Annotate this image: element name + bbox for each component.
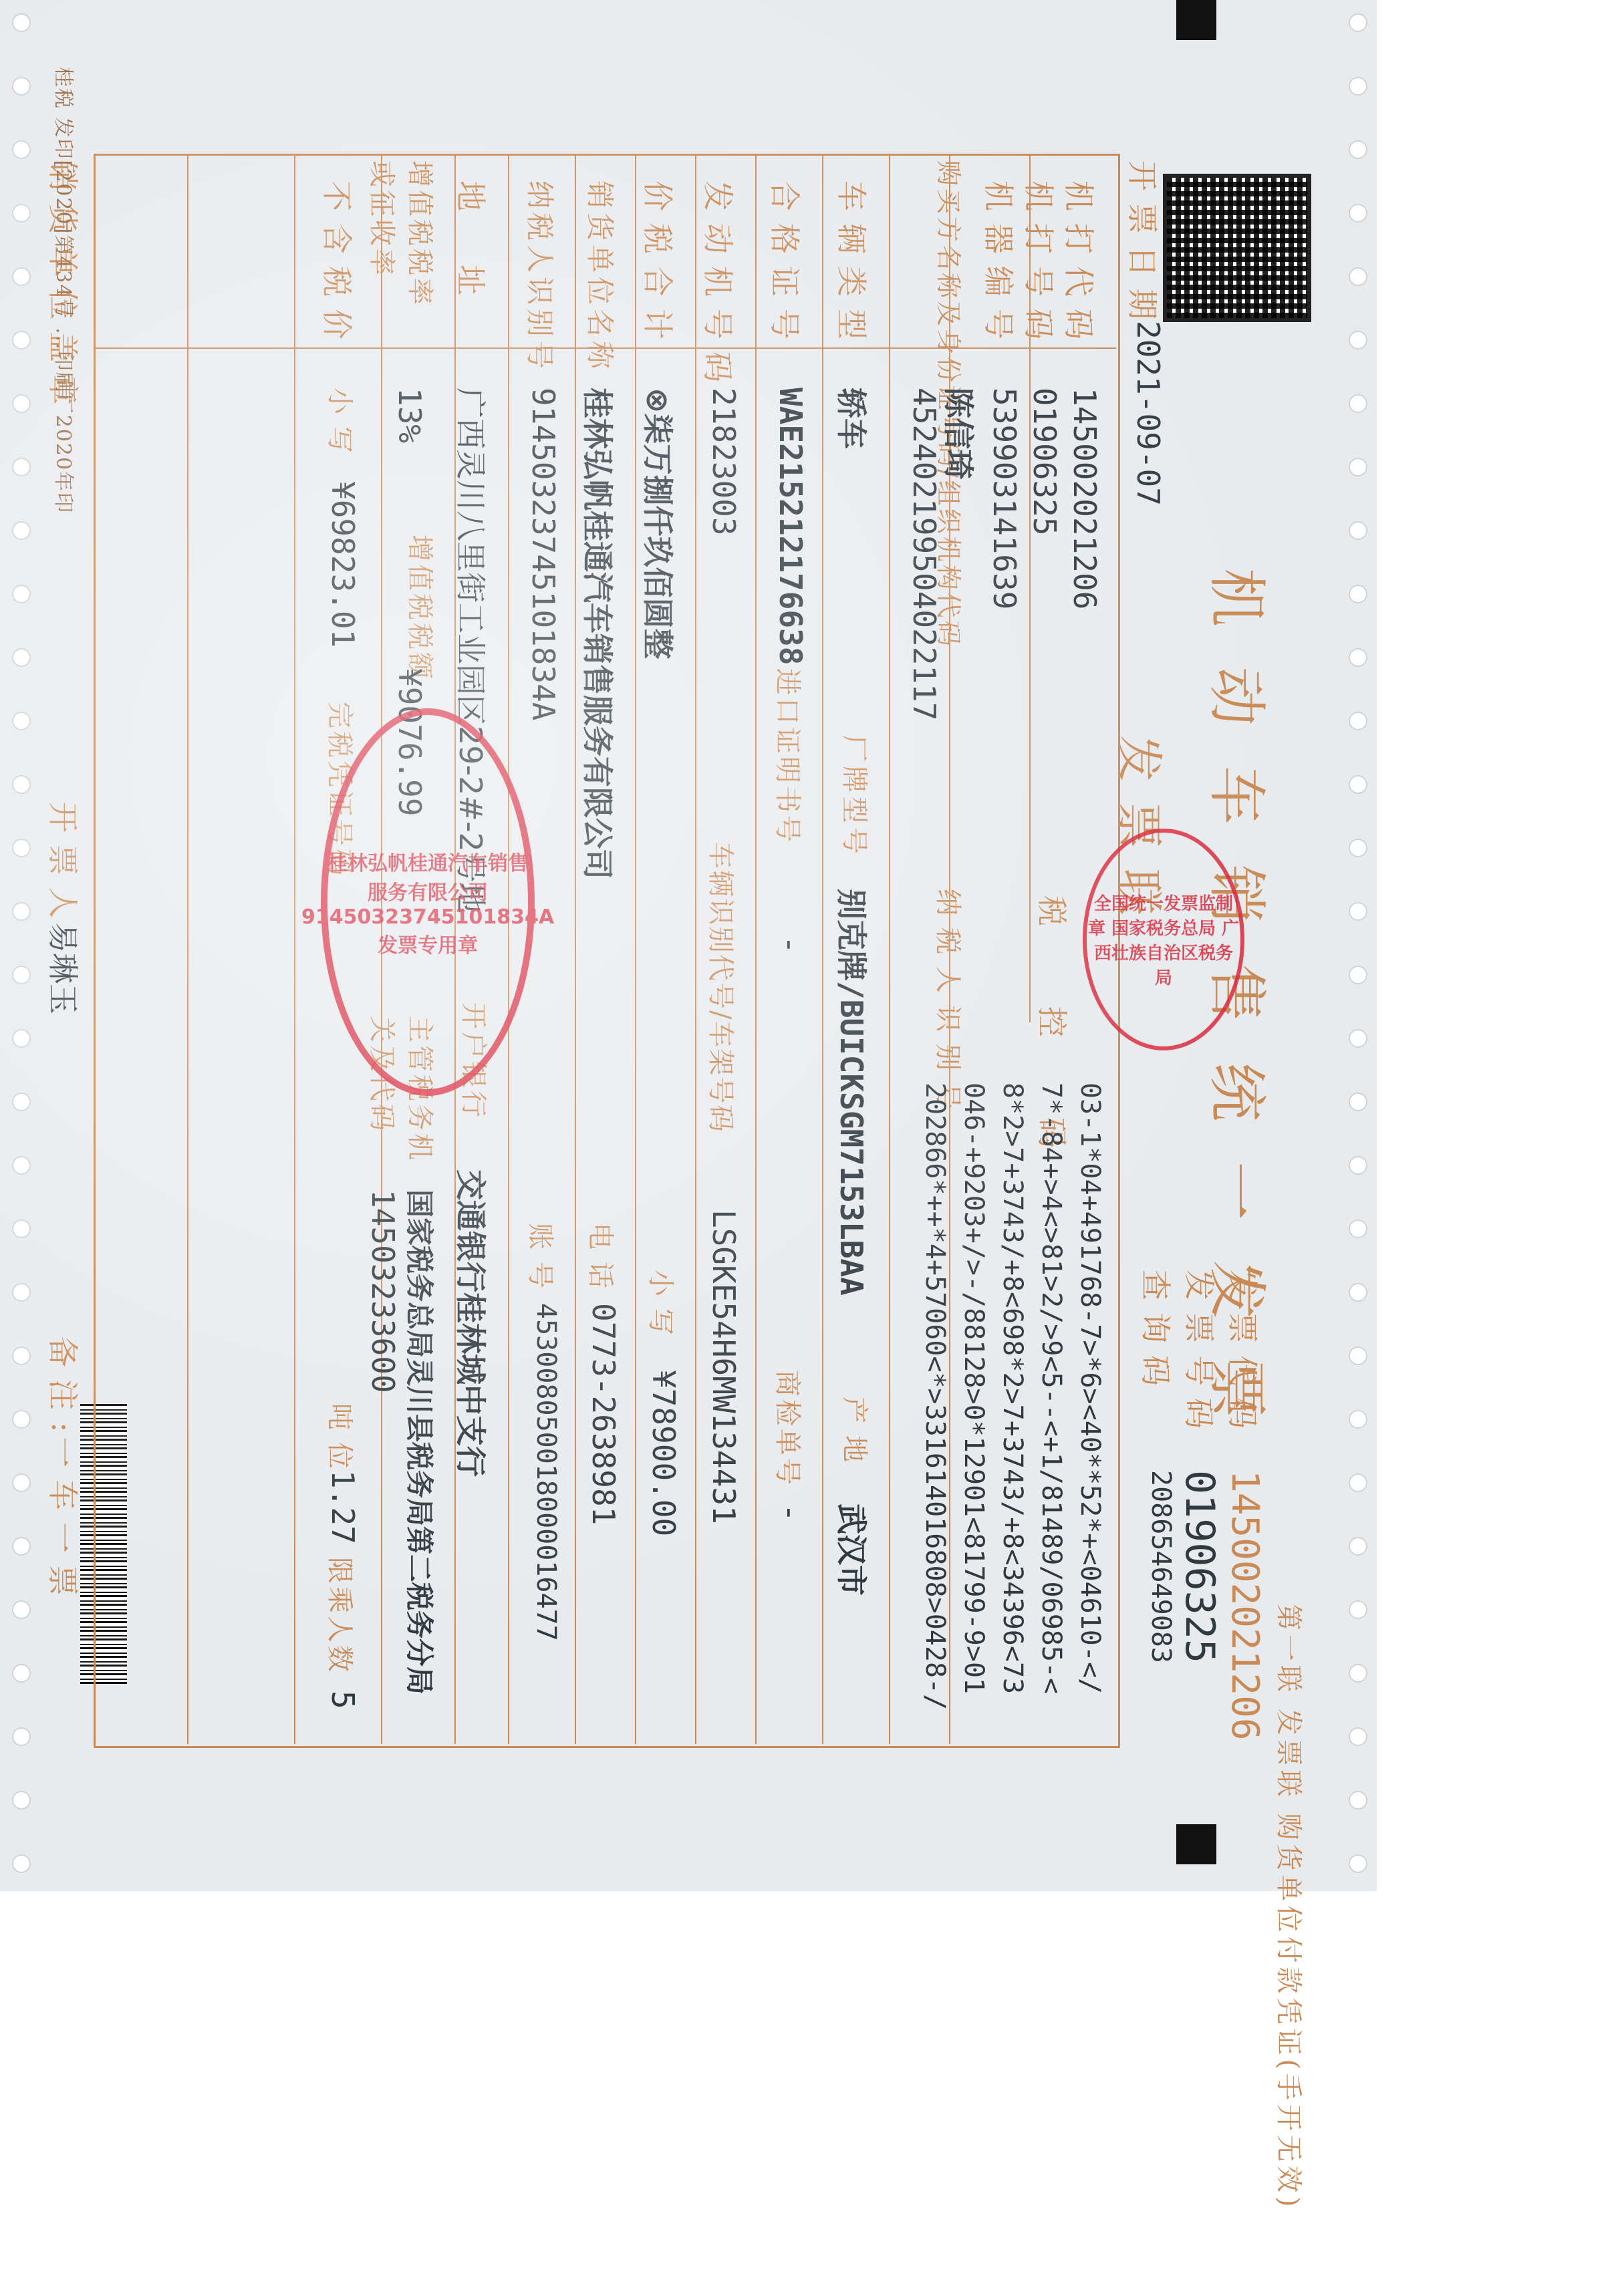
feed-hole bbox=[12, 1600, 31, 1619]
cipher-line: 03-1*04+491768-7>*6><40**52*+<04610-</ bbox=[1071, 1083, 1109, 1710]
seller-label: 销货单位名称 bbox=[581, 180, 622, 373]
feed-hole bbox=[1349, 13, 1367, 32]
feed-hole bbox=[12, 775, 31, 794]
brand-model: 别克牌/BUICKSGM7153LBAA bbox=[831, 889, 876, 1296]
seller-tax-id: 91450323745101834A bbox=[525, 388, 561, 721]
feed-hole bbox=[12, 1346, 31, 1365]
feed-hole bbox=[1349, 648, 1367, 667]
cipher-line: 202866*++*4+57060<*>331614016808>0428-/ bbox=[916, 1083, 954, 1710]
machine-number: 01906325 bbox=[1027, 388, 1063, 536]
vin: LSGKE54H6MW134431 bbox=[706, 1209, 742, 1524]
vin-label: 车辆识别代号/车架号码 bbox=[704, 842, 742, 1133]
inspection-label: 商检单号 bbox=[771, 1370, 809, 1487]
invoice-number-label: 发票号码 bbox=[1179, 1270, 1223, 1441]
feed-hole bbox=[12, 1854, 31, 1873]
total-amount: ¥78900.00 bbox=[646, 1370, 682, 1536]
invoice-paper: 机动车销售统一发票 发票联 发票代码 145002021206 发票号码 019… bbox=[0, 0, 1377, 1891]
seats-label: 限乘人数 bbox=[323, 1557, 361, 1675]
seal-id: 91450323745101834A bbox=[301, 905, 554, 929]
vehicle-type: 轿车 bbox=[831, 388, 876, 449]
feed-hole bbox=[1349, 267, 1367, 286]
query-code-label: 查询码 bbox=[1135, 1270, 1180, 1398]
tonnage-label: 吨位 bbox=[323, 1403, 361, 1481]
cipher-block: 03-1*04+491768-7>*6><40**52*+<04610-</ 7… bbox=[916, 1083, 1109, 1710]
phone-label: 电话 bbox=[583, 1223, 622, 1300]
feed-hole bbox=[12, 521, 31, 540]
feed-hole bbox=[1349, 775, 1367, 794]
feed-hole bbox=[12, 585, 31, 603]
feed-hole bbox=[1349, 521, 1367, 540]
feed-hole bbox=[1349, 204, 1367, 223]
issuer: 易琳玉 bbox=[43, 922, 87, 1014]
feed-hole bbox=[12, 1727, 31, 1746]
origin-label: 产地 bbox=[837, 1397, 876, 1474]
feed-hole bbox=[1349, 1727, 1367, 1746]
feed-hole bbox=[12, 1156, 31, 1175]
feed-hole bbox=[1349, 1410, 1367, 1429]
feed-hole bbox=[12, 1219, 31, 1238]
feed-hole bbox=[12, 902, 31, 921]
total-small-label: 小写 bbox=[644, 1270, 682, 1347]
vat-rate-label: 增值税税率或征收率 bbox=[365, 160, 441, 334]
pretax-amount: ¥69823.01 bbox=[325, 481, 361, 648]
feed-hole bbox=[1349, 1473, 1367, 1492]
feed-holes-top bbox=[0, 0, 40, 1891]
feed-hole bbox=[1349, 712, 1367, 730]
tax-authority-name: 国家税务总局灵川县税务局第二税务分局 bbox=[401, 1189, 441, 1695]
seal-company: 桂林弘帆桂通汽车销售服务有限公司 bbox=[327, 847, 528, 905]
feed-hole bbox=[1349, 1664, 1367, 1683]
feed-hole bbox=[12, 77, 31, 96]
machine-code-label: 机打代码 bbox=[1059, 180, 1103, 351]
engine-label: 发动机号码 bbox=[698, 180, 742, 394]
import-cert: - bbox=[773, 936, 809, 954]
feed-hole bbox=[1349, 585, 1367, 603]
print-note: 桂税 发印[2020]第434号 ...印刷厂2020年印 bbox=[51, 67, 80, 514]
vehicle-type-label: 车辆类型 bbox=[831, 180, 876, 351]
remark: 一车一票 bbox=[43, 1437, 87, 1608]
machine-serial-label: 机器编号 bbox=[978, 180, 1023, 351]
seal-subtitle: 发票专用章 bbox=[378, 929, 478, 958]
vat-rate: 13% bbox=[392, 388, 428, 443]
registration-mark bbox=[1176, 1824, 1216, 1864]
feed-hole bbox=[1349, 1029, 1367, 1048]
machine-number-label: 机打号码 bbox=[1019, 180, 1063, 351]
issue-date: 2021-09-07 bbox=[1130, 321, 1166, 506]
inspection: - bbox=[773, 1503, 809, 1522]
issuer-label: 开票人 bbox=[43, 802, 87, 930]
feed-holes-bottom bbox=[1337, 0, 1377, 1891]
feed-hole bbox=[1349, 966, 1367, 984]
feed-hole bbox=[12, 966, 31, 984]
buyer-name: 陈信琦 bbox=[938, 388, 982, 480]
tonnage: 1.27 bbox=[325, 1470, 361, 1544]
feed-hole bbox=[12, 204, 31, 223]
feed-hole bbox=[12, 1473, 31, 1492]
qr-code bbox=[1163, 174, 1311, 322]
feed-hole bbox=[1349, 1537, 1367, 1556]
feed-hole bbox=[12, 839, 31, 857]
feed-hole bbox=[1349, 140, 1367, 159]
seller-invoice-seal: 桂林弘帆桂通汽车销售服务有限公司 91450323745101834A 发票专用… bbox=[321, 708, 535, 1096]
import-cert-label: 进口证明书号 bbox=[771, 668, 809, 845]
origin: 武汉市 bbox=[831, 1503, 876, 1596]
feed-hole bbox=[12, 1093, 31, 1111]
feed-hole bbox=[1349, 839, 1367, 857]
feed-hole bbox=[1349, 1156, 1367, 1175]
bank: 交通银行桂林城中支行 bbox=[450, 1169, 495, 1477]
feed-hole bbox=[12, 1283, 31, 1302]
invoice-code-label: 发票代码 bbox=[1222, 1270, 1266, 1441]
vat-amount-label: 增值税税额 bbox=[403, 535, 441, 682]
query-code: 20865464908​3 bbox=[1146, 1470, 1176, 1663]
feed-hole bbox=[1349, 331, 1367, 349]
total-uppercase: ⊗柒万捌仟玖佰圆整 bbox=[638, 388, 682, 660]
certificate: WAE215212176638 bbox=[773, 388, 809, 665]
seller-tax-id-label: 纳税人识别号 bbox=[521, 180, 561, 373]
feed-hole bbox=[1349, 902, 1367, 921]
feed-hole bbox=[1349, 1093, 1367, 1111]
issue-date-label: 开票日期 bbox=[1122, 160, 1166, 331]
tax-authority-code: 14503233600 bbox=[365, 1189, 401, 1393]
side-note: 第一联 发票联 购货单位付款凭证(手开无效) bbox=[1272, 1604, 1310, 2211]
invoice-number: 01906325 bbox=[1176, 1470, 1223, 1663]
invoice-code: 145002021206 bbox=[1223, 1470, 1266, 1741]
feed-hole bbox=[12, 712, 31, 730]
phone: 0773-2638981 bbox=[585, 1303, 622, 1525]
feed-hole bbox=[12, 267, 31, 286]
feed-hole bbox=[1349, 1791, 1367, 1810]
pretax-label: 不含税价 bbox=[317, 180, 361, 351]
account-number: 453008050018000016477 bbox=[531, 1303, 561, 1641]
feed-hole bbox=[1349, 394, 1367, 413]
cipher-line: 7*-84+>4<>81>2/>9<5--<+1/81489/06985-< bbox=[1032, 1083, 1071, 1710]
feed-hole bbox=[1349, 1283, 1367, 1302]
brand-model-label: 厂牌型号 bbox=[837, 735, 876, 858]
feed-hole bbox=[12, 394, 31, 413]
remark-label: 备注: bbox=[43, 1336, 87, 1445]
feed-hole bbox=[12, 1791, 31, 1810]
machine-serial: 539903141639 bbox=[986, 388, 1023, 609]
feed-hole bbox=[12, 13, 31, 32]
feed-hole bbox=[1349, 1346, 1367, 1365]
feed-hole bbox=[12, 458, 31, 476]
certificate-label: 合格证号 bbox=[765, 180, 809, 351]
total-label: 价税合计 bbox=[638, 180, 682, 351]
feed-hole bbox=[12, 140, 31, 159]
feed-hole bbox=[1349, 1854, 1367, 1873]
seats: 5 bbox=[325, 1691, 361, 1709]
feed-hole bbox=[12, 1410, 31, 1429]
pretax-small-label: 小写 bbox=[323, 388, 361, 465]
feed-hole bbox=[12, 1537, 31, 1556]
buyer-id: 452402199504022117 bbox=[906, 388, 942, 721]
feed-hole bbox=[12, 1664, 31, 1683]
feed-hole bbox=[1349, 77, 1367, 96]
tax-bureau-seal: 全国统一发票监制章 国家税务总局 广西壮族自治区税务局 bbox=[1083, 829, 1244, 1050]
engine-number: 21823003 bbox=[706, 388, 742, 536]
cipher-line: 8*2>7+3743/+8<698*2>7+3743/+8<34396<73 bbox=[993, 1083, 1032, 1710]
account-label: 账号 bbox=[523, 1223, 561, 1300]
registration-mark bbox=[1176, 0, 1216, 40]
feed-hole bbox=[12, 1029, 31, 1048]
address-label: 地址 bbox=[450, 180, 495, 349]
feed-hole bbox=[12, 648, 31, 667]
feed-hole bbox=[1349, 1600, 1367, 1619]
feed-hole bbox=[12, 331, 31, 349]
machine-code: 145002021206 bbox=[1067, 388, 1103, 609]
cipher-line: 046-+9203+/>-/88128>0*12901<81799-9>01 bbox=[954, 1083, 993, 1710]
feed-hole bbox=[1349, 458, 1367, 476]
seller-name: 桂林弘帆桂通汽车销售服务有限公司 bbox=[577, 388, 622, 879]
feed-hole bbox=[1349, 1219, 1367, 1238]
